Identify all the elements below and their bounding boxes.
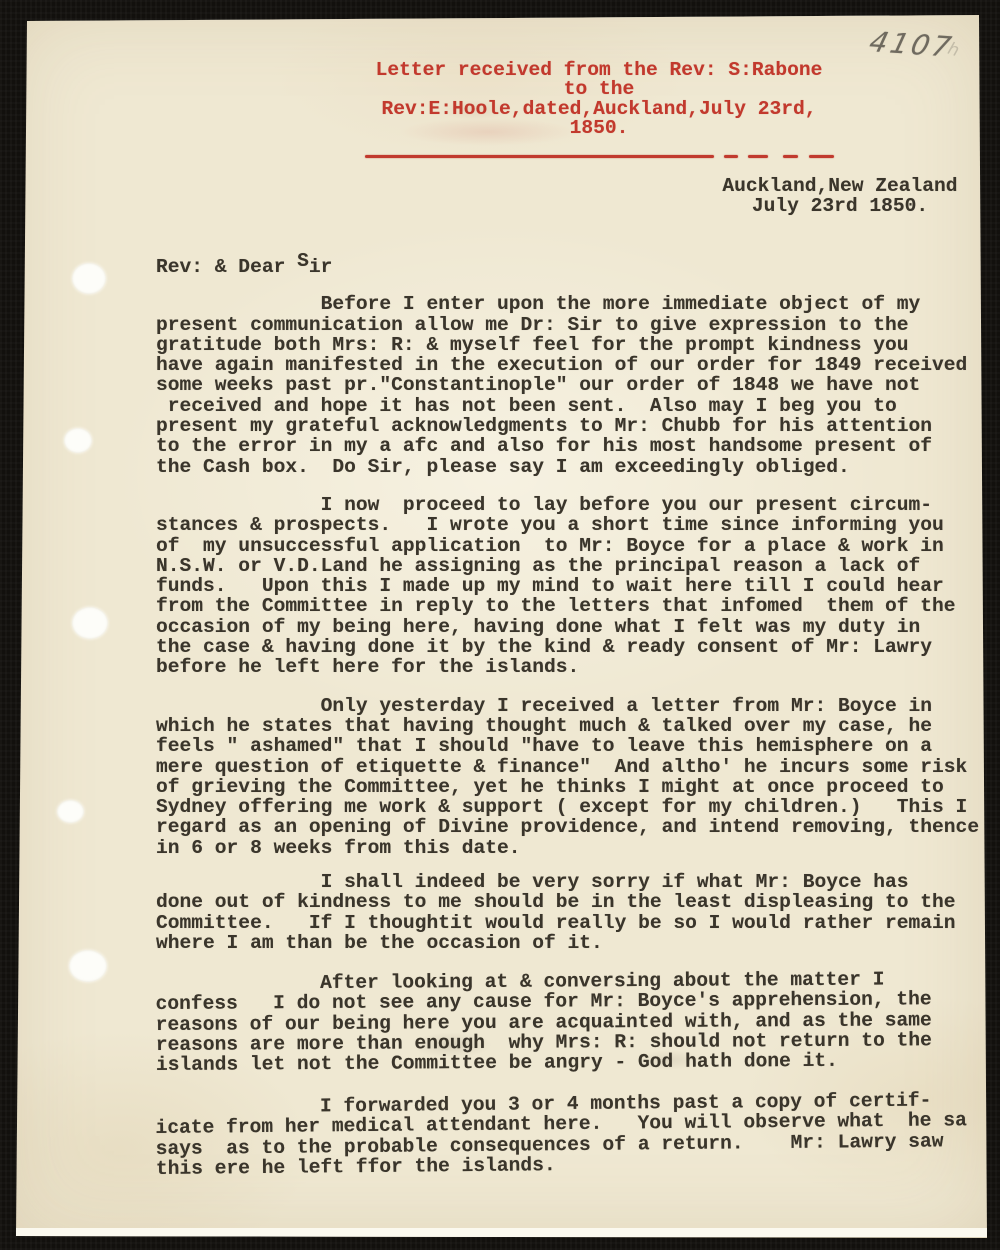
page-bottom-edge [16, 1228, 987, 1237]
letter-body: Rev: & Dear Sir Before I enter upon the … [156, 257, 988, 1179]
letter-page: 4107 h Letter received from the Rev: S:R… [0, 0, 1000, 1250]
salutation-prefix: Rev: & Dear [156, 256, 297, 278]
punch-hole [72, 263, 106, 294]
salutation-suffix: ir [309, 256, 333, 278]
paragraph-1: Before I enter upon the more immediate o… [156, 294, 988, 477]
punch-hole [72, 607, 108, 639]
paragraph-2: I now proceed to lay before you our pres… [156, 495, 988, 678]
archival-number-annotation: 4107 [866, 25, 957, 63]
letter-heading: Letter received from the Rev: S:Rabone t… [360, 61, 838, 138]
punch-hole [69, 950, 107, 982]
paragraph-6: I forwarded you 3 or 4 months past a cop… [155, 1090, 988, 1179]
paragraph-5: After looking at & conversing about the … [155, 969, 988, 1076]
dateline: Auckland,New Zealand July 23rd 1850. [722, 176, 958, 217]
heading-underline-segment [783, 155, 798, 158]
heading-underline-segment [748, 155, 768, 158]
scanner-background: 4107 h Letter received from the Rev: S:R… [0, 0, 1000, 1250]
punch-hole [64, 428, 92, 453]
heading-underline-segment [724, 155, 738, 158]
paragraph-3: Only yesterday I received a letter from … [156, 696, 988, 858]
punch-hole [57, 800, 84, 823]
heading-underline-segment [809, 155, 834, 158]
heading-underline-segment [365, 155, 714, 158]
page-top-edge [27, 11, 979, 21]
paragraph-4: I shall indeed be very sorry if what Mr:… [156, 872, 988, 953]
salutation-raised-letter: S [297, 250, 309, 272]
salutation: Rev: & Dear Sir [156, 257, 988, 277]
